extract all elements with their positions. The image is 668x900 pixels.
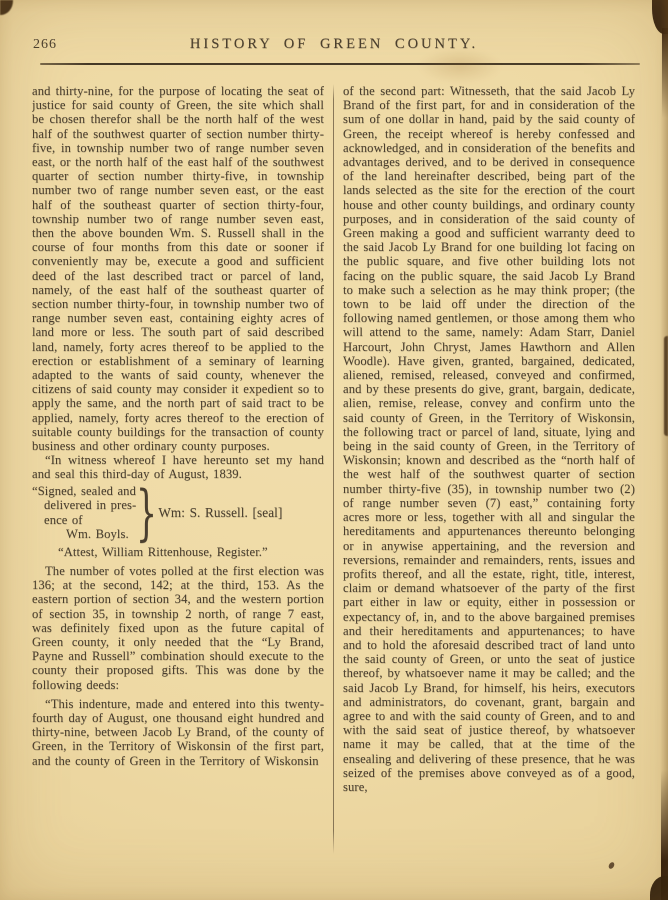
text-columns: and thirty-nine, for the purpose of loca… <box>32 84 636 862</box>
scan-page-edge-shadow <box>660 0 668 900</box>
column-divider <box>333 84 334 854</box>
scan-artifact-right-edge <box>664 336 668 436</box>
scan-artifact-top-left <box>0 0 13 15</box>
page-header: 266 HISTORY OF GREEN COUNTY. <box>33 36 635 56</box>
scan-artifact-top-right <box>652 0 668 34</box>
paragraph-deed-continuation: of the second part: Witnesseth, that the… <box>343 84 635 794</box>
signature-witness-lines: “Signed, sealed and delivered in pres- e… <box>32 484 136 541</box>
left-column: and thirty-nine, for the purpose of loca… <box>32 84 324 862</box>
scan-artifact-top-right-strip <box>662 28 668 118</box>
paragraph-russell-deed: and thirty-nine, for the purpose of loca… <box>32 84 324 453</box>
paragraph-votes: The number of votes polled at the first … <box>32 564 324 692</box>
scan-speck <box>608 861 615 869</box>
paragraph-indenture: “This indenture, made and entered into t… <box>32 697 324 768</box>
signature-line: Wm. Boyls. <box>32 527 136 541</box>
book-page-scan: 266 HISTORY OF GREEN COUNTY. and thirty-… <box>0 0 668 900</box>
scan-artifact-bottom-right-strip <box>661 770 668 900</box>
running-head-title: HISTORY OF GREEN COUNTY. <box>33 36 635 53</box>
signature-line: ence of <box>32 513 136 527</box>
signature-block: “Signed, sealed and delivered in pres- e… <box>32 484 324 542</box>
paragraph-witness: “In witness whereof I have hereunto set … <box>32 453 324 481</box>
header-rule <box>40 63 640 65</box>
signature-line: “Signed, sealed and <box>32 484 136 498</box>
scan-artifact-bottom-right <box>650 876 668 900</box>
signature-line: delivered in pres- <box>32 498 136 512</box>
right-column: of the second part: Witnesseth, that the… <box>343 84 635 862</box>
attest-line: “Attest, William Rittenhouse, Register.” <box>32 545 324 559</box>
curly-brace-icon: } <box>136 484 145 542</box>
signature-name: Wm: S. Russell. [seal] <box>158 506 282 520</box>
